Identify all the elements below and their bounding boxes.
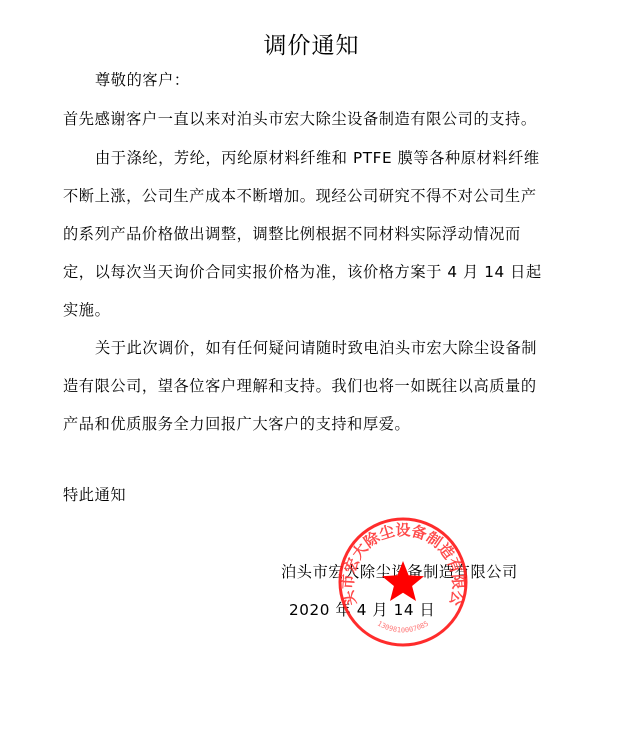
paragraph-1-line-1: 首先感谢客户一直以来对泊头市宏大除尘设备制造有限公司的支持。	[63, 109, 537, 129]
paragraph-3-line-3: 产品和优质服务全力回报广大客户的支持和厚爱。	[63, 414, 410, 434]
signature-company: 泊头市宏大除尘设备制造有限公司	[281, 562, 518, 582]
paragraph-3-line-1: 关于此次调价，如有任何疑问请随时致电泊头市宏大除尘设备制	[95, 338, 537, 358]
notice-document: 调价通知 尊敬的客户： 首先感谢客户一直以来对泊头市宏大除尘设备制造有限公司的支…	[0, 0, 623, 745]
paragraph-2-line-4: 定，以每次当天询价合同实报价格为准，该价格方案于 4 月 14 日起	[63, 262, 542, 282]
paragraph-3-line-2: 造有限公司，望各位客户理解和支持。我们也将一如既往以高质量的	[63, 376, 537, 396]
paragraph-2-line-5: 实施。	[63, 300, 110, 320]
signature-date: 2020 年 4 月 14 日	[289, 600, 435, 620]
paragraph-2-line-1: 由于涤纶，芳纶，丙纶原材料纤维和 PTFE 膜等各种原材料纤维	[95, 148, 540, 168]
seal-serial-number: 1309810007085	[376, 620, 430, 635]
salutation: 尊敬的客户：	[95, 70, 190, 90]
closing-text: 特此通知	[63, 485, 126, 505]
paragraph-2-line-2: 不断上涨，公司生产成本不断增加。现经公司研究不得不对公司生产	[63, 186, 537, 206]
document-title: 调价通知	[0, 31, 623, 61]
paragraph-2-line-3: 的系列产品价格做出调整，调整比例根据不同材料实际浮动情况而	[63, 224, 521, 244]
company-seal-stamp: 泊头市宏大除尘设备制造有限公司 1309810007085	[336, 515, 470, 649]
